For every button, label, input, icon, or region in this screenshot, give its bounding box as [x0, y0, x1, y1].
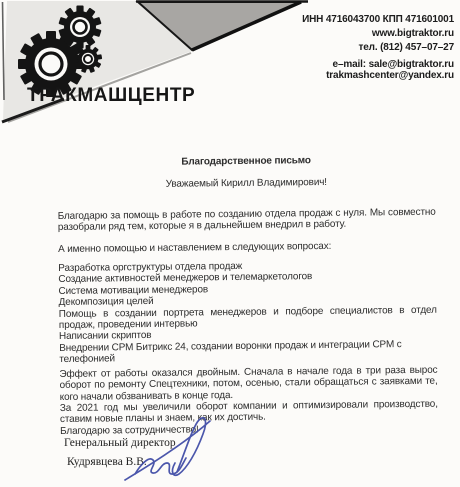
handwritten-signature: [115, 408, 225, 486]
phone: тел. (812) 457–07–27: [302, 41, 454, 55]
letter-body: Благодарственное письмо Уважаемый Кирилл…: [57, 154, 438, 437]
contact-block: ИНН 4716043700 КПП 471601001 www.bigtrak…: [302, 13, 454, 81]
letter-title: Благодарственное письмо: [57, 154, 435, 170]
list-item: Внедрении СРМ Битрикс 24, создании ворон…: [59, 339, 437, 366]
paragraph-effect: Эффект от работы оказался двойным. Снача…: [59, 364, 437, 403]
email-primary: e–mail: sale@bigtraktor.ru: [302, 59, 454, 70]
salutation: Уважаемый Кирилл Владимирович!: [57, 176, 435, 192]
paragraph-namely: А именно помощью и наставлением в следую…: [58, 239, 436, 255]
gear-medium-icon: [58, 6, 101, 49]
email-secondary: trakmashcenter@yandex.ru: [302, 70, 454, 81]
company-name: ТРАКМАШЦЕНТР: [27, 85, 195, 107]
scanned-letter: ТРАКМАШЦЕНТР ИНН 4716043700 КПП 47160100…: [0, 0, 460, 487]
inn-kpp: ИНН 4716043700 КПП 471601001: [302, 13, 454, 27]
website: www.bigtraktor.ru: [302, 27, 454, 41]
topics-list: Разработка оргструктуры отдела продаж Со…: [58, 259, 437, 366]
paragraph-intro: Благодарю за помощь в работе по созданию…: [58, 207, 436, 234]
scan-edge-artifact: [3, 2, 5, 100]
